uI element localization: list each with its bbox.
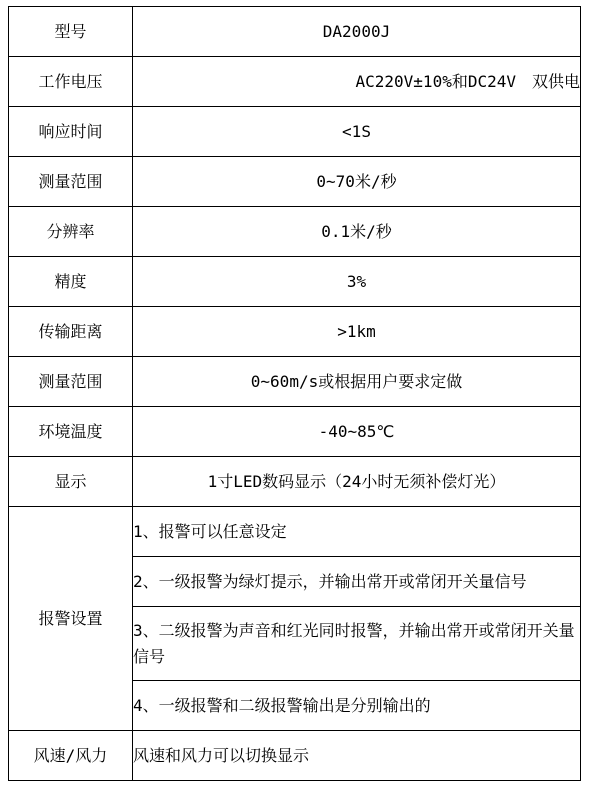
alarm-item-2: 2、一级报警为绿灯提示，并输出常开或常闭开关量信号: [133, 557, 581, 607]
measuring-range-2-value: 0~60m/s或根据用户要求定做: [133, 357, 581, 407]
spec-row-measuring-range-1: 测量范围 0~70米/秒: [9, 157, 581, 207]
alarm-item-4: 4、一级报警和二级报警输出是分别输出的: [133, 681, 581, 731]
response-time-value: <1S: [133, 107, 581, 157]
spec-row-transmission-distance: 传输距离 >1km: [9, 307, 581, 357]
alarm-settings-label: 报警设置: [9, 507, 133, 731]
display-label: 显示: [9, 457, 133, 507]
transmission-distance-value: >1km: [133, 307, 581, 357]
resolution-label: 分辨率: [9, 207, 133, 257]
spec-row-alarm-settings: 报警设置 1、报警可以任意设定: [9, 507, 581, 557]
spec-table: 型号 DA2000J 工作电压 AC220V±10%和DC24V 双供电 响应时…: [8, 6, 581, 781]
wind-value: 风速和风力可以切换显示: [133, 731, 581, 781]
wind-label: 风速/风力: [9, 731, 133, 781]
working-voltage-label: 工作电压: [9, 57, 133, 107]
accuracy-value: 3%: [133, 257, 581, 307]
ambient-temperature-label: 环境温度: [9, 407, 133, 457]
display-value: 1寸LED数码显示（24小时无须补偿灯光）: [133, 457, 581, 507]
measuring-range-2-label: 测量范围: [9, 357, 133, 407]
alarm-item-1: 1、报警可以任意设定: [133, 507, 581, 557]
ambient-temperature-value: -40~85℃: [133, 407, 581, 457]
spec-row-measuring-range-2: 测量范围 0~60m/s或根据用户要求定做: [9, 357, 581, 407]
spec-row-resolution: 分辨率 0.1米/秒: [9, 207, 581, 257]
alarm-item-3: 3、二级报警为声音和红光同时报警，并输出常开或常闭开关量信号: [133, 607, 581, 681]
accuracy-label: 精度: [9, 257, 133, 307]
measuring-range-1-label: 测量范围: [9, 157, 133, 207]
working-voltage-value: AC220V±10%和DC24V 双供电: [133, 57, 581, 107]
spec-row-accuracy: 精度 3%: [9, 257, 581, 307]
resolution-value: 0.1米/秒: [133, 207, 581, 257]
spec-row-display: 显示 1寸LED数码显示（24小时无须补偿灯光）: [9, 457, 581, 507]
model-value: DA2000J: [133, 7, 581, 57]
model-label: 型号: [9, 7, 133, 57]
spec-row-response-time: 响应时间 <1S: [9, 107, 581, 157]
spec-row-ambient-temperature: 环境温度 -40~85℃: [9, 407, 581, 457]
response-time-label: 响应时间: [9, 107, 133, 157]
transmission-distance-label: 传输距离: [9, 307, 133, 357]
spec-row-working-voltage: 工作电压 AC220V±10%和DC24V 双供电: [9, 57, 581, 107]
spec-row-wind: 风速/风力 风速和风力可以切换显示: [9, 731, 581, 781]
measuring-range-1-value: 0~70米/秒: [133, 157, 581, 207]
spec-row-model: 型号 DA2000J: [9, 7, 581, 57]
